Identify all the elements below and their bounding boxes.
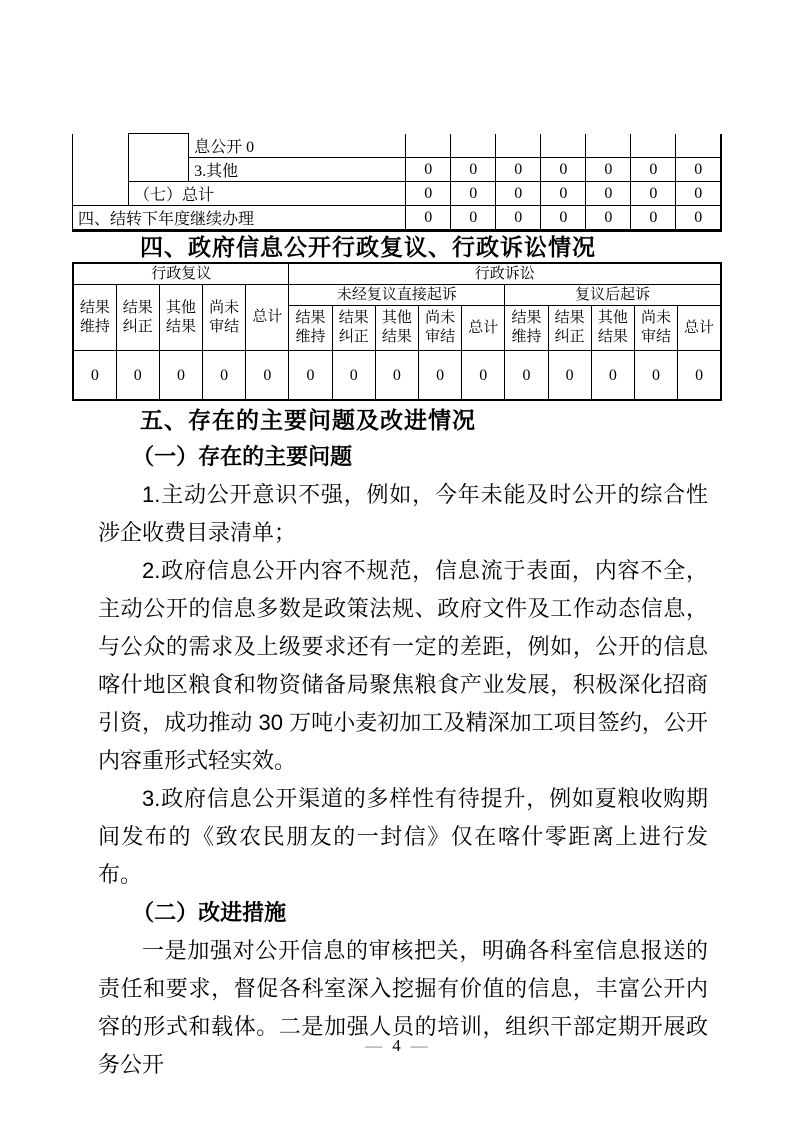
footer-dash-right: —	[401, 1036, 438, 1055]
value-cell: 0	[496, 182, 541, 206]
review-litigation-table: 行政复议 行政诉讼 结果维持 结果纠正 其他结果 尚未审结 总计 未经复议直接起…	[72, 262, 722, 401]
empty-box-cell	[129, 134, 189, 182]
value-cell: 0	[678, 351, 721, 401]
value-cell	[406, 134, 451, 158]
value-cell: 0	[116, 351, 159, 401]
column-header: 结果纠正	[116, 285, 159, 351]
value-cell: 0	[406, 158, 451, 182]
column-header: 总计	[678, 306, 721, 351]
value-cell: 0	[676, 206, 721, 231]
value-cell: 0	[676, 158, 721, 182]
group-litigation-header: 行政诉讼	[289, 263, 721, 285]
value-cell: 0	[419, 351, 462, 401]
value-cell	[496, 134, 541, 158]
value-cell: 0	[462, 351, 505, 401]
column-header: 结果维持	[289, 306, 332, 351]
value-cell: 0	[332, 351, 375, 401]
value-cell: 0	[505, 351, 548, 401]
column-header: 总计	[246, 285, 289, 351]
value-cell: 0	[541, 206, 586, 231]
row-label: 息公开 0	[189, 134, 406, 158]
value-cell: 0	[548, 351, 591, 401]
value-cell	[451, 134, 496, 158]
column-header: 尚未审结	[203, 285, 246, 351]
value-cell: 0	[246, 351, 289, 401]
spanner-cell	[73, 134, 129, 206]
value-cell: 0	[406, 182, 451, 206]
column-header: 尚未审结	[634, 306, 677, 351]
column-header: 结果维持	[505, 306, 548, 351]
value-cell: 0	[159, 351, 202, 401]
column-header: 其他结果	[591, 306, 634, 351]
continuation-table: 息公开 0 3.其他 0 0 0 0 0 0 0 （七）总计 0 0 0 0 0	[72, 133, 722, 232]
value-cell: 0	[541, 158, 586, 182]
value-cell: 0	[406, 206, 451, 231]
column-header: 结果纠正	[548, 306, 591, 351]
table-group-header-row: 行政复议 行政诉讼	[73, 263, 721, 285]
group-review-header: 行政复议	[73, 263, 289, 285]
table-data-row: 0 0 0 0 0 0 0 0 0 0 0 0 0 0 0	[73, 351, 721, 401]
value-cell: 0	[586, 206, 631, 231]
value-cell	[676, 134, 721, 158]
paragraph-1: 1.主动公开意识不强，例如，今年未能及时公开的综合性涉企收费目录清单；	[98, 476, 708, 552]
page-number: 4	[392, 1036, 401, 1055]
table-subgroup-header-row: 结果维持 结果纠正 其他结果 尚未审结 总计 未经复议直接起诉 复议后起诉	[73, 285, 721, 306]
table-row: 四、结转下年度继续办理 0 0 0 0 0 0 0	[73, 206, 722, 231]
value-cell: 0	[631, 158, 676, 182]
value-cell: 0	[451, 206, 496, 231]
paragraph-2: 2.政府信息公开内容不规范，信息流于表面，内容不全，主动公开的信息多数是政策法规…	[98, 552, 708, 780]
subgroup-direct-header: 未经复议直接起诉	[289, 285, 505, 306]
subsection2-title: （二）改进措施	[98, 894, 708, 932]
row-label: 四、结转下年度继续办理	[73, 206, 406, 231]
value-cell: 0	[451, 158, 496, 182]
section5-title: 五、存在的主要问题及改进情况	[72, 402, 790, 435]
value-cell: 0	[586, 158, 631, 182]
value-cell	[541, 134, 586, 158]
value-cell: 0	[289, 351, 332, 401]
footer-dash-left: —	[355, 1036, 392, 1055]
column-header: 其他结果	[159, 285, 202, 351]
value-cell	[631, 134, 676, 158]
body-text: （一）存在的主要问题 1.主动公开意识不强，例如，今年未能及时公开的综合性涉企收…	[98, 438, 708, 1084]
subsection1-title: （一）存在的主要问题	[98, 438, 708, 476]
value-cell: 0	[203, 351, 246, 401]
value-cell: 0	[676, 182, 721, 206]
value-cell: 0	[496, 158, 541, 182]
table-row: （七）总计 0 0 0 0 0 0 0	[73, 182, 722, 206]
value-cell: 0	[73, 351, 116, 401]
table-row: 息公开 0	[73, 134, 722, 158]
row-label: 3.其他	[189, 158, 406, 182]
value-cell	[586, 134, 631, 158]
column-header: 尚未审结	[419, 306, 462, 351]
value-cell: 0	[631, 182, 676, 206]
value-cell: 0	[586, 182, 631, 206]
value-cell: 0	[496, 206, 541, 231]
value-cell: 0	[375, 351, 418, 401]
value-cell: 0	[634, 351, 677, 401]
value-cell: 0	[451, 182, 496, 206]
paragraph-4: 一是加强对公开信息的审核把关，明确各科室信息报送的责任和要求，督促各科室深入挖掘…	[98, 932, 708, 1084]
value-cell: 0	[631, 206, 676, 231]
page-footer: —4—	[0, 1036, 793, 1056]
column-header: 结果维持	[73, 285, 116, 351]
row-label: （七）总计	[129, 182, 406, 206]
subgroup-after-header: 复议后起诉	[505, 285, 721, 306]
column-header: 其他结果	[375, 306, 418, 351]
document-page: 息公开 0 3.其他 0 0 0 0 0 0 0 （七）总计 0 0 0 0 0	[0, 0, 793, 1122]
value-cell: 0	[541, 182, 586, 206]
column-header: 结果纠正	[332, 306, 375, 351]
paragraph-3: 3.政府信息公开渠道的多样性有待提升，例如夏粮收购期间发布的《致农民朋友的一封信…	[98, 780, 708, 894]
value-cell: 0	[591, 351, 634, 401]
column-header: 总计	[462, 306, 505, 351]
section4-title: 四、政府信息公开行政复议、行政诉讼情况	[72, 229, 790, 262]
